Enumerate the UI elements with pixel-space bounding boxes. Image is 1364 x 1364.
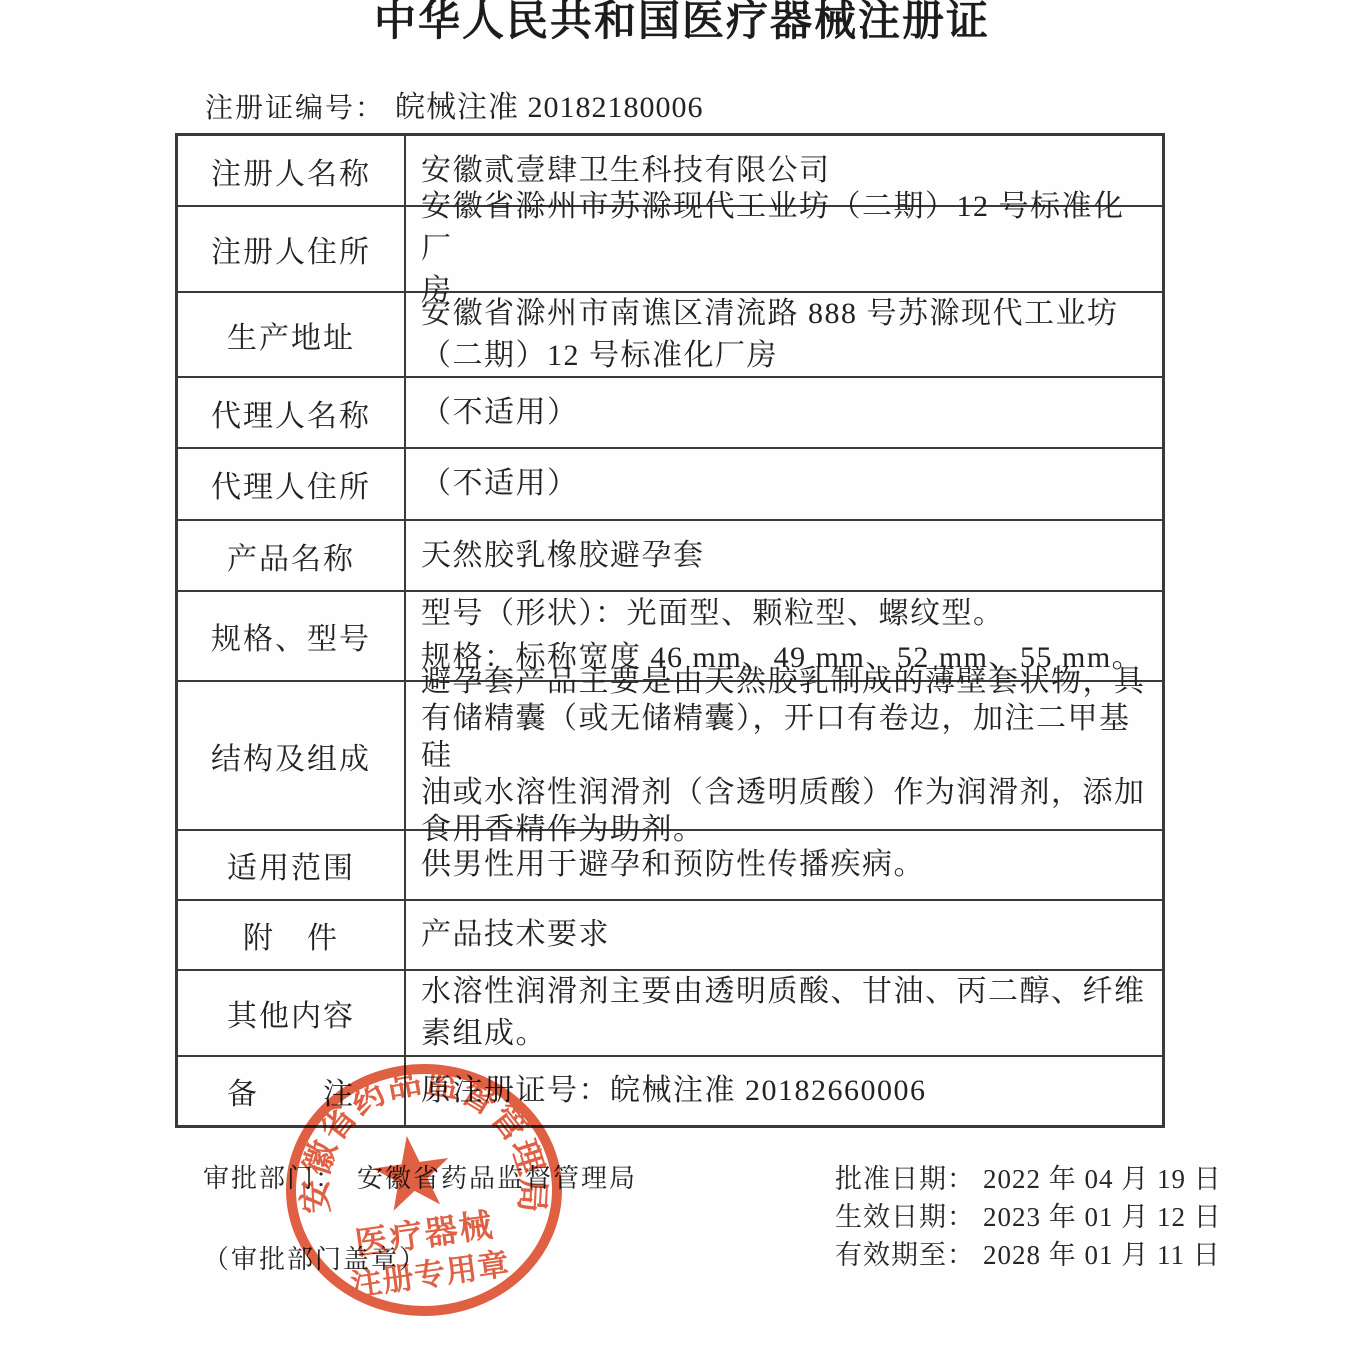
certificate-page: 中华人民共和国医疗器械注册证 注册证编号：皖械注准 20182180006 注册… (0, 0, 1364, 1364)
effective-date-value: 2023 年 01 月 12 日 (983, 1202, 1222, 1232)
table-row-agent-name: 代理人名称 （不适用） (178, 376, 1162, 447)
row-value: 水溶性润滑剂主要由透明质酸、甘油、丙二醇、纤维 素组成。 (406, 971, 1162, 1055)
row-value: 供男性用于避孕和预防性传播疾病。 (406, 831, 1162, 899)
row-label: 备 注 (178, 1057, 406, 1125)
row-label: 结构及组成 (178, 682, 406, 829)
expiry-date-value: 2028 年 01 月 11 日 (983, 1240, 1221, 1270)
row-label: 规格、型号 (178, 592, 406, 680)
row-label: 产品名称 (178, 521, 406, 590)
certificate-number-value: 皖械注准 20182180006 (395, 91, 704, 124)
table-row-intended-use: 适用范围 供男性用于避孕和预防性传播疾病。 (178, 829, 1162, 899)
expiry-date-line: 有效期至：2028 年 01 月 11 日 (835, 1236, 1222, 1274)
seal-note: （审批部门盖章） (203, 1239, 637, 1276)
row-value: （不适用） (406, 378, 1162, 447)
row-value: 天然胶乳橡胶避孕套 (406, 521, 1162, 590)
row-value: 产品技术要求 (406, 901, 1162, 969)
registration-table: 注册人名称 安徽贰壹肆卫生科技有限公司 注册人住所 安徽省滁州市苏滁现代工业坊（… (175, 133, 1165, 1128)
effective-date-label: 生效日期： (835, 1202, 975, 1232)
approval-department-value: 安徽省药品监督管理局 (357, 1164, 637, 1193)
certificate-number-label: 注册证编号： (205, 93, 385, 124)
approval-department-label: 审批部门： (203, 1164, 343, 1193)
row-label: 生产地址 (178, 293, 406, 376)
approval-department-line: 审批部门：安徽省药品监督管理局 (203, 1158, 637, 1195)
table-row-structure-composition: 结构及组成 避孕套产品主要是由天然胶乳制成的薄壁套状物，具 有储精囊（或无储精囊… (178, 680, 1162, 829)
row-label: 附 件 (178, 901, 406, 969)
row-value: （不适用） (406, 449, 1162, 519)
approval-date-label: 批准日期： (835, 1164, 975, 1194)
dates-block: 批准日期：2022 年 04 月 19 日 生效日期：2023 年 01 月 1… (835, 1160, 1222, 1274)
certificate-number-line: 注册证编号：皖械注准 20182180006 (205, 82, 704, 126)
row-value: 原注册证号：皖械注准 20182660006 (406, 1057, 1162, 1125)
approval-date-value: 2022 年 04 月 19 日 (983, 1164, 1222, 1194)
table-row-agent-address: 代理人住所 （不适用） (178, 447, 1162, 519)
table-row-production-address: 生产地址 安徽省滁州市南谯区清流路 888 号苏滁现代工业坊 （二期）12 号标… (178, 291, 1162, 376)
row-value: 安徽省滁州市苏滁现代工业坊（二期）12 号标准化厂 房 (406, 207, 1162, 291)
table-row-registrant-address: 注册人住所 安徽省滁州市苏滁现代工业坊（二期）12 号标准化厂 房 (178, 205, 1162, 291)
row-label: 代理人名称 (178, 378, 406, 447)
row-label: 注册人名称 (178, 136, 406, 205)
row-label: 代理人住所 (178, 449, 406, 519)
table-row-attachment: 附 件 产品技术要求 (178, 899, 1162, 969)
row-label: 适用范围 (178, 831, 406, 899)
row-label: 注册人住所 (178, 207, 406, 291)
table-row-product-name: 产品名称 天然胶乳橡胶避孕套 (178, 519, 1162, 590)
document-title: 中华人民共和国医疗器械注册证 (0, 0, 1364, 48)
expiry-date-label: 有效期至： (835, 1240, 975, 1270)
row-value: 避孕套产品主要是由天然胶乳制成的薄壁套状物，具 有储精囊（或无储精囊），开口有卷… (406, 682, 1162, 829)
approval-date-line: 批准日期：2022 年 04 月 19 日 (835, 1160, 1222, 1198)
row-label: 其他内容 (178, 971, 406, 1055)
table-row-remarks: 备 注 原注册证号：皖械注准 20182660006 (178, 1055, 1162, 1125)
effective-date-line: 生效日期：2023 年 01 月 12 日 (835, 1198, 1222, 1236)
approval-department-block: 审批部门：安徽省药品监督管理局 （审批部门盖章） (203, 1158, 637, 1276)
row-value: 安徽省滁州市南谯区清流路 888 号苏滁现代工业坊 （二期）12 号标准化厂房 (406, 293, 1162, 376)
table-row-other-content: 其他内容 水溶性润滑剂主要由透明质酸、甘油、丙二醇、纤维 素组成。 (178, 969, 1162, 1055)
